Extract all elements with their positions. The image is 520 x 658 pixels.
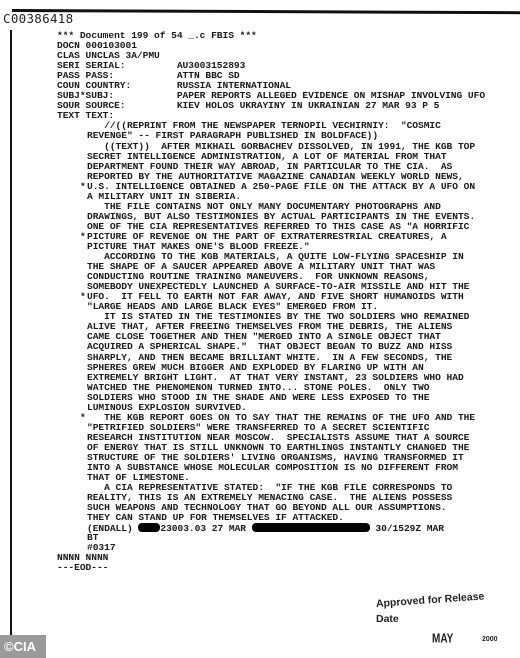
release-year: 2000 — [482, 636, 498, 643]
margin-asterisk: * — [80, 292, 86, 302]
body-text-line: *U.S. INTELLIGENCE OBTAINED A 250-PAGE F… — [0, 182, 520, 192]
document-text: *** Document 199 of 54 _.c FBIS *** DOCN… — [0, 31, 520, 574]
margin-asterisk: * — [80, 182, 86, 192]
cia-watermark: ©CIA — [0, 635, 46, 658]
approved-for-release-stamp: Approved for Release — [376, 590, 485, 610]
top-rule — [12, 9, 520, 14]
body-text-line: INTO A SUBSTANCE WHOSE MOLECULAR COMPOSI… — [0, 463, 520, 473]
bt-line: BT — [0, 533, 520, 543]
margin-asterisk: * — [80, 232, 86, 242]
body-text-line: SOLDIERS WHO STOOD IN THE SHADE AND WERE… — [0, 393, 520, 403]
release-month: MAY — [432, 632, 453, 646]
body-text-line: THEY CAN STAND UP FOR THEMSELVES IF ATTA… — [0, 513, 520, 523]
redaction-block — [252, 523, 370, 532]
redaction-block — [138, 523, 160, 532]
margin-asterisk: * — [80, 413, 86, 423]
release-date-label: Date — [376, 613, 399, 625]
body-text-line: REVENGE" -- FIRST PARAGRAPH PUBLISHED IN… — [0, 131, 520, 141]
body-text-line: ACQUIRED A SPHERICAL SHAPE." THAT OBJECT… — [0, 342, 520, 352]
end-of-document-line: ---EOD--- — [0, 563, 520, 573]
endall-line: (ENDALL) 23003.03 27 MAR 30/1529Z MAR — [0, 523, 520, 533]
document-id: C00386418 — [3, 11, 73, 26]
